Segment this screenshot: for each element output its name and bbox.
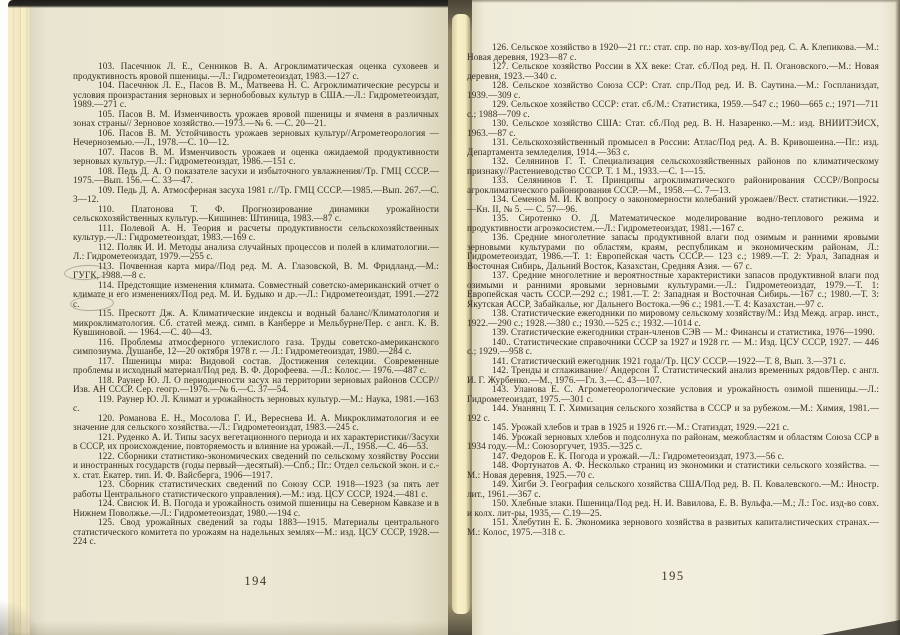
bib-entry: 124. Свисюк И. В. Погода и урожайность о… <box>73 499 439 518</box>
bib-entry: 144. Унанянц Т. Г. Химизация сельского х… <box>467 404 879 423</box>
left-page-bibliography-list: 103. Пасечнюк Л. Е., Сенников В. А. Агро… <box>73 62 439 547</box>
bib-entry: 143. Уланова Е. С. Агрометеорологические… <box>467 385 879 404</box>
bib-entry: 103. Пасечнюк Л. Е., Сенников В. А. Агро… <box>73 62 439 81</box>
right-page-bibliography-list: 126. Сельское хозяйство в 1920—21 гг.: с… <box>467 43 879 537</box>
bib-entry: 128. Сельское хозяйство Союза ССР: Стат.… <box>467 81 879 100</box>
bib-entry: 109. Педь Д. А. Атмосферная засуха 1981 … <box>73 186 439 205</box>
bib-entry: 105. Пасов В. М. Изменчивость урожаев яр… <box>73 110 439 129</box>
bib-entry: 138. Статистические ежегодники по мирово… <box>467 309 879 328</box>
bib-entry: 113. Почвенная карта мира//Под ред. М. А… <box>73 262 439 281</box>
bib-entry: 121. Руденко А. И. Типы засух вегетацион… <box>73 433 439 452</box>
bib-entry: 123. Сборник статистических сведений по … <box>73 480 439 499</box>
bib-entry: 116. Проблемы атмосферного углекислого г… <box>73 338 439 357</box>
bottom-left-corner-shadow <box>0 600 40 635</box>
bib-entry: 108. Педь Д. А. О показателе засухи и из… <box>73 167 439 186</box>
bib-entry: 133. Селянинов Г. Т. Принципы агроклимат… <box>467 176 879 195</box>
bib-entry: 142. Тренды и сглаживание// Андерсон Т. … <box>467 366 879 385</box>
bib-entry: 115. Прескотт Дж. А. Климатические индек… <box>73 309 439 338</box>
bib-entry: 137. Средние многолетние и вероятностные… <box>467 271 879 309</box>
bib-entry: 111. Полевой А. Н. Теория и расчеты прод… <box>73 224 439 243</box>
bib-entry: 122. Сборники статистико-экономических с… <box>73 452 439 481</box>
left-page-number: 194 <box>73 574 439 589</box>
bib-entry: 149. Хигби Э. География сельского хозяйс… <box>467 480 879 499</box>
bib-entry: 148. Фортунатов А. Ф. Несколько страниц … <box>467 461 879 480</box>
bib-entry: 117. Пшеницы мира: Видовой состав. Дости… <box>73 357 439 376</box>
bib-entry: 134. Семенов М. И. К вопросу о закономер… <box>467 195 879 214</box>
bib-entry: 151. Хлебутин Е. Б. Экономика зернового … <box>467 518 879 537</box>
bib-entry: 129. Сельское хозяйство СССР: стат. сб./… <box>467 100 879 119</box>
right-page-edge <box>895 0 900 635</box>
bib-entry: 107. Пасов В. М. Изменчивость урожаев и … <box>73 148 439 167</box>
bib-entry: 135. Сиротенко О. Д. Математическое моде… <box>467 214 879 233</box>
book-scan: 103. Пасечнюк Л. Е., Сенников В. А. Агро… <box>0 0 900 635</box>
bib-entry: 140.. Статистические справочники СССР за… <box>467 338 879 357</box>
bib-entry: 114. Предстоящие изменения климата. Совм… <box>73 281 439 310</box>
bib-entry: 132. Селянинов Г. Т. Специализация сельс… <box>467 157 879 176</box>
bib-entry: 136. Средние многолетние запасы продукти… <box>467 233 879 271</box>
bib-entry: 112. Поляк И. И. Методы анализа случайны… <box>73 243 439 262</box>
bib-entry: 130. Сельское хозяйство США: Стат. сб./П… <box>467 119 879 138</box>
bib-entry: 110. Платонова Т. Ф. Прогнозирование дин… <box>73 205 439 224</box>
bib-entry: 106. Пасов В. М. Устойчивость урожаев зе… <box>73 129 439 148</box>
bib-entry: 150. Хлебные злаки. Пшеница/Под ред. Н. … <box>467 499 879 518</box>
bib-entry: 120. Романова Е. Н., Мосолова Г. И., Вер… <box>73 414 439 433</box>
bib-entry: 119. Раунер Ю. Л. Климат и урожайность з… <box>73 395 439 414</box>
bib-entry: 146. Урожай зерновых хлебов и подсолнуха… <box>467 433 879 452</box>
bib-entry: 126. Сельское хозяйство в 1920—21 гг.: с… <box>467 43 879 62</box>
bib-entry: 127. Сельское хозяйство России в XX веке… <box>467 62 879 81</box>
bib-entry: 125. Свод урожайных сведений за годы 188… <box>73 518 439 547</box>
right-page-number: 195 <box>467 569 879 584</box>
bib-entry: 131. Сельскохозяйственный промысел в Рос… <box>467 138 879 157</box>
bib-entry: 104. Пасечнюк Л. Е., Пасов В. М., Матвее… <box>73 81 439 110</box>
bib-entry: 118. Раунер Ю. Л. О периодичности засух … <box>73 376 439 395</box>
top-scan-shadow <box>8 0 454 8</box>
